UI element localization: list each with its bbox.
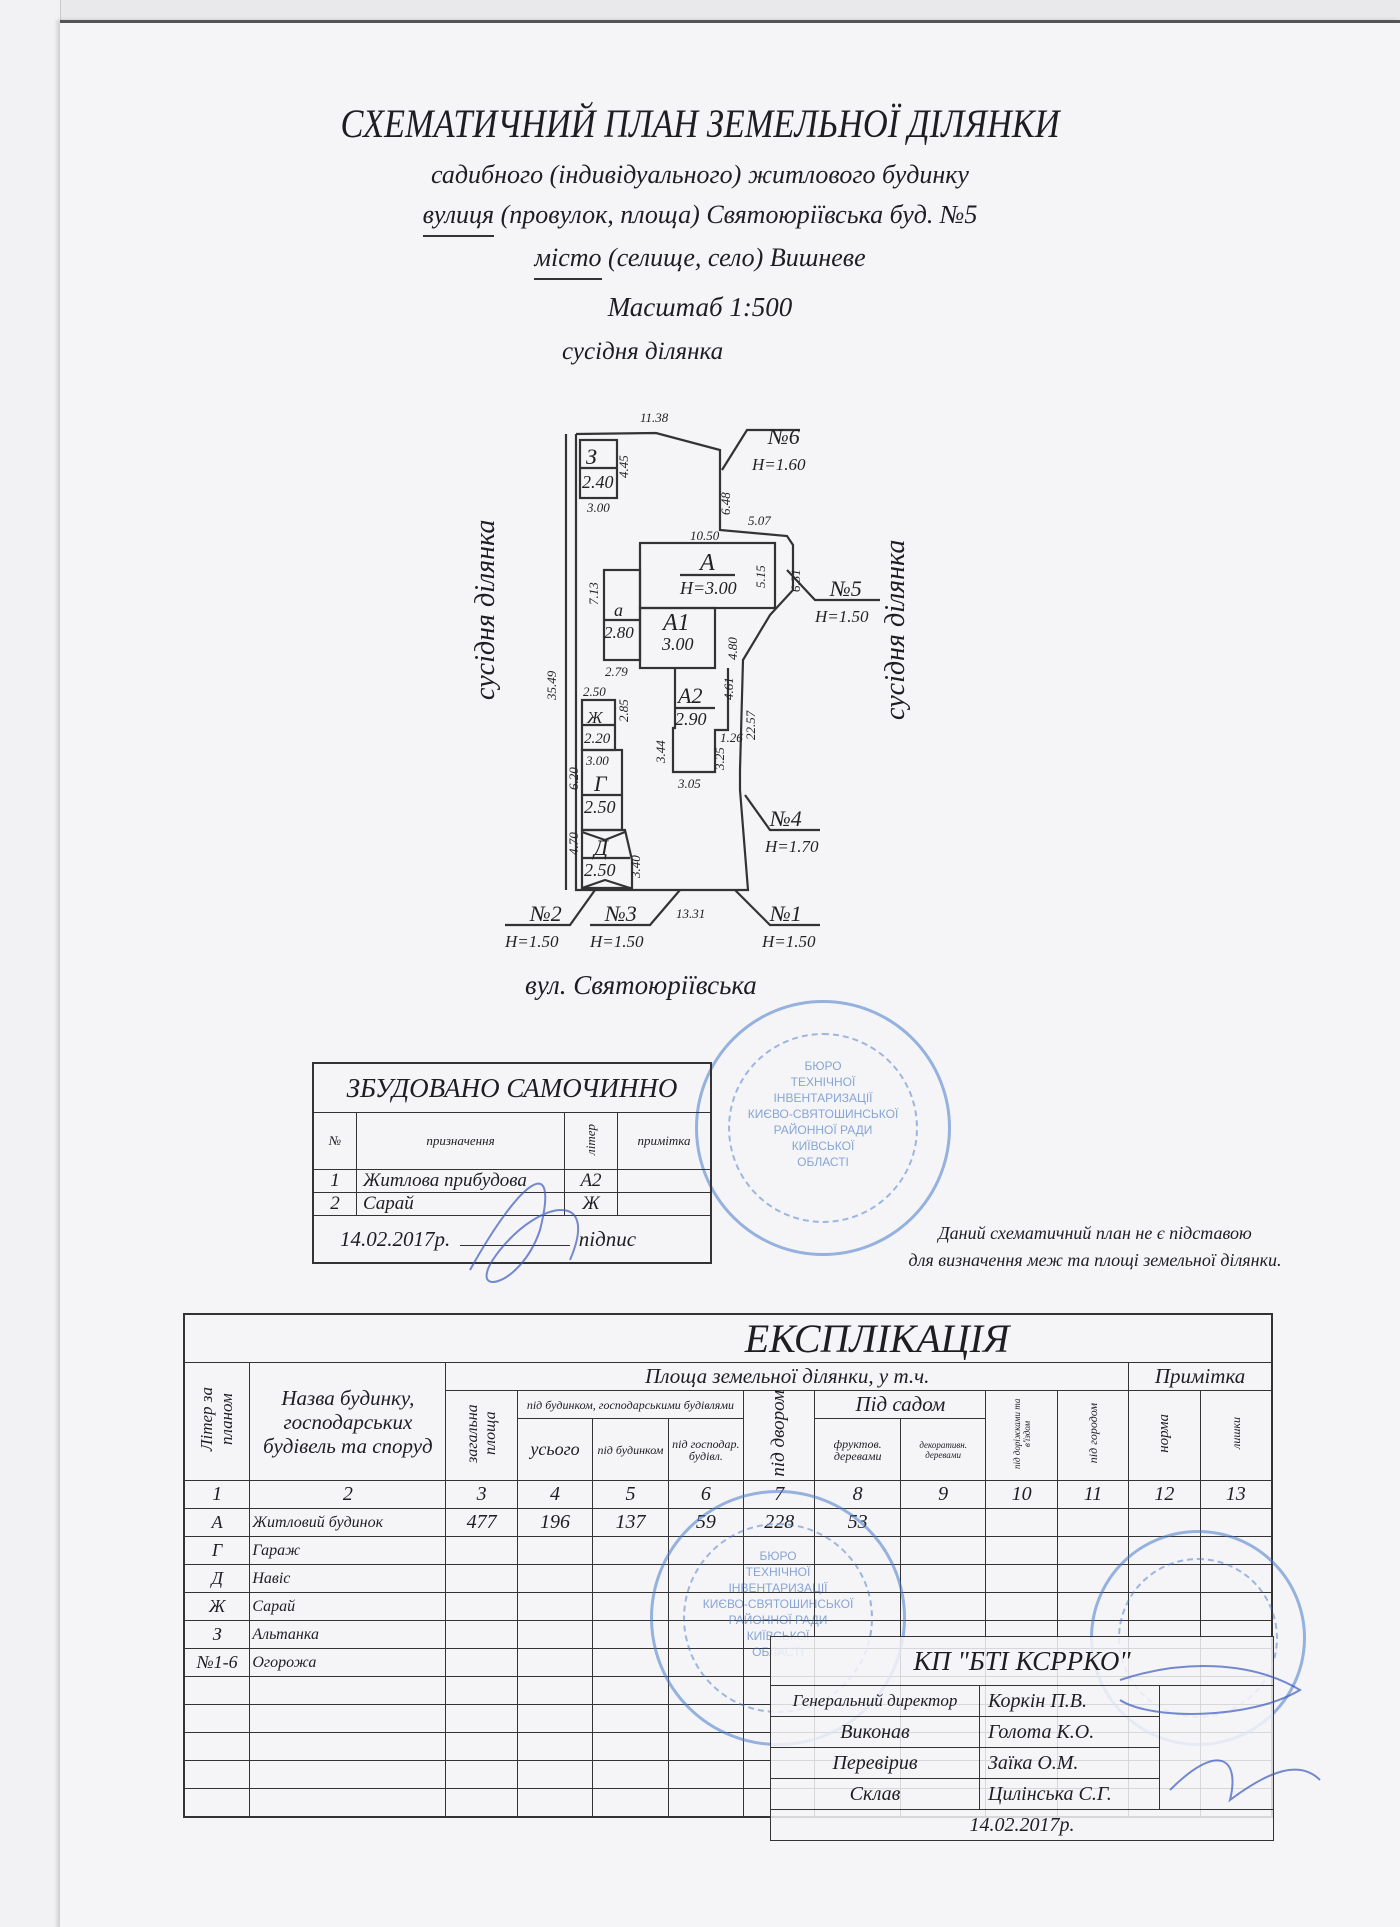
svg-text:4.61: 4.61 <box>721 677 736 700</box>
svg-text:2.40: 2.40 <box>582 472 614 492</box>
svg-text:2.79: 2.79 <box>605 664 628 679</box>
svg-text:2.50: 2.50 <box>584 797 616 817</box>
svg-text:А1: А1 <box>661 610 690 636</box>
svg-text:3.00: 3.00 <box>586 500 610 515</box>
svg-text:H=3.00: H=3.00 <box>679 578 737 598</box>
svg-text:1.26: 1.26 <box>720 730 743 745</box>
svg-text:7.13: 7.13 <box>586 582 601 605</box>
svg-text:5.07: 5.07 <box>748 513 771 528</box>
column-number: 13 <box>1200 1481 1272 1509</box>
svg-text:2.90: 2.90 <box>675 709 707 729</box>
svg-text:H=1.50: H=1.50 <box>504 932 559 951</box>
svg-text:22.57: 22.57 <box>743 710 758 740</box>
column-number: 1 <box>184 1481 250 1509</box>
column-number: 4 <box>517 1481 592 1509</box>
unauthorized-buildings-table: ЗБУДОВАНО САМОЧИННО № призначення літер … <box>312 1062 712 1264</box>
svg-text:6.31: 6.31 <box>788 569 803 592</box>
svg-text:11.38: 11.38 <box>640 410 669 425</box>
col-header-no: № <box>313 1113 357 1170</box>
svg-text:Г: Г <box>593 771 608 796</box>
svg-text:10.50: 10.50 <box>690 528 720 543</box>
column-number: 12 <box>1129 1481 1200 1509</box>
svg-text:4.70: 4.70 <box>566 832 581 855</box>
stamp-text: БЮРОТЕХНІЧНОЇІНВЕНТАРИЗАЦІЇКИЄВО-СВЯТОШИ… <box>698 1058 948 1170</box>
col-header-liter: літер <box>583 1124 599 1155</box>
unauthorized-title: ЗБУДОВАНО САМОЧИННО <box>313 1063 711 1113</box>
svg-text:3.40: 3.40 <box>628 855 643 879</box>
svg-text:35.49: 35.49 <box>544 670 559 701</box>
site-plan-drawing: 11.38 6.48 5.07 10.50 5.15 6.31 35.49 7.… <box>0 0 1400 960</box>
svg-text:Д: Д <box>592 835 609 860</box>
svg-text:2.20: 2.20 <box>584 731 611 747</box>
col-header-note: примітка <box>618 1113 712 1170</box>
svg-text:3.05: 3.05 <box>677 776 701 791</box>
column-number: 11 <box>1057 1481 1128 1509</box>
svg-text:6.20: 6.20 <box>566 767 581 790</box>
svg-text:4.80: 4.80 <box>725 637 740 660</box>
svg-text:а: а <box>614 600 623 620</box>
svg-text:6.48: 6.48 <box>718 492 733 515</box>
svg-text:3.00: 3.00 <box>585 753 609 768</box>
svg-text:Ж: Ж <box>586 708 604 727</box>
signature-label: підпис <box>579 1227 636 1251</box>
svg-text:3.25: 3.25 <box>712 747 727 771</box>
svg-text:H=1.70: H=1.70 <box>764 837 819 856</box>
svg-text:А2: А2 <box>676 683 702 708</box>
svg-text:13.31: 13.31 <box>676 906 705 921</box>
svg-text:№5: №5 <box>829 576 862 601</box>
svg-text:H=1.50: H=1.50 <box>589 932 644 951</box>
column-number: 2 <box>250 1481 446 1509</box>
svg-text:№2: №2 <box>529 901 562 926</box>
column-number: 5 <box>593 1481 668 1509</box>
svg-text:4.45: 4.45 <box>616 455 631 478</box>
signatures-area <box>1160 1686 1274 1810</box>
svg-text:№6: №6 <box>767 424 800 449</box>
approval-block: КП "БТІ КСРРКО" Генеральний директорКорк… <box>770 1636 1274 1841</box>
svg-text:2.50: 2.50 <box>583 684 606 699</box>
street-label: вул. Святоюріївська <box>525 970 757 1001</box>
svg-text:H=1.60: H=1.60 <box>751 455 806 474</box>
column-number: 10 <box>986 1481 1057 1509</box>
svg-text:№4: №4 <box>769 806 802 831</box>
explication-title: ЕКСПЛІКАЦІЯ <box>184 1314 1272 1363</box>
svg-text:2.85: 2.85 <box>616 699 631 722</box>
svg-text:3.00: 3.00 <box>661 634 694 654</box>
col-header-purpose: призначення <box>357 1113 565 1170</box>
approval-date: 14.02.2017р. <box>771 1810 1274 1841</box>
svg-text:3.44: 3.44 <box>653 740 668 764</box>
svg-text:З: З <box>586 444 597 469</box>
svg-text:А: А <box>698 550 715 576</box>
svg-text:№3: №3 <box>604 901 637 926</box>
column-number: 9 <box>900 1481 985 1509</box>
svg-text:2.50: 2.50 <box>584 860 616 880</box>
column-number: 3 <box>446 1481 517 1509</box>
official-stamp: БЮРОТЕХНІЧНОЇІНВЕНТАРИЗАЦІЇКИЄВО-СВЯТОШИ… <box>695 1000 951 1256</box>
table-row: 2 Сарай Ж <box>313 1193 711 1216</box>
table-row: 1 Житлова прибудова А2 <box>313 1170 711 1193</box>
svg-text:5.15: 5.15 <box>753 565 768 588</box>
unauthorized-date: 14.02.2017р. <box>340 1227 450 1251</box>
organization-name: КП "БТІ КСРРКО" <box>771 1637 1274 1686</box>
svg-text:№1: №1 <box>769 901 802 926</box>
svg-text:2.80: 2.80 <box>604 623 634 642</box>
disclaimer: Даний схематичний план не є підставою дл… <box>855 1220 1335 1274</box>
svg-text:H=1.50: H=1.50 <box>761 932 816 951</box>
svg-text:H=1.50: H=1.50 <box>814 607 869 626</box>
